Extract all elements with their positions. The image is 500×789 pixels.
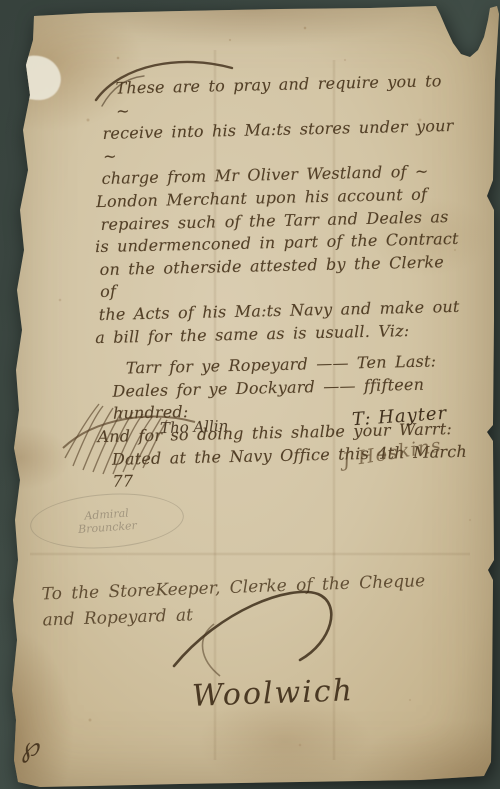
pencil-annotation-line2: Brouncker	[78, 519, 137, 536]
letter-line: receive into his Ma:ts stores under your…	[102, 115, 461, 168]
manuscript-paper: These are to pray and require you to ~ r…	[0, 0, 500, 789]
paper-wrap: These are to pray and require you to ~ r…	[0, 0, 500, 789]
edge-ink-mark	[2, 448, 20, 470]
horizontal-crease	[30, 552, 470, 556]
address-place: Woolwich	[191, 673, 354, 714]
pencil-annotation: Admiral Brouncker	[28, 489, 185, 554]
signature-tho-allin: Tho Allin	[160, 417, 229, 437]
photo-background: These are to pray and require you to ~ r…	[0, 0, 500, 789]
corner-monogram: ℘	[18, 731, 41, 764]
repair-patch	[11, 53, 64, 103]
letter-line: These are to pray and require you to ~	[115, 70, 460, 123]
